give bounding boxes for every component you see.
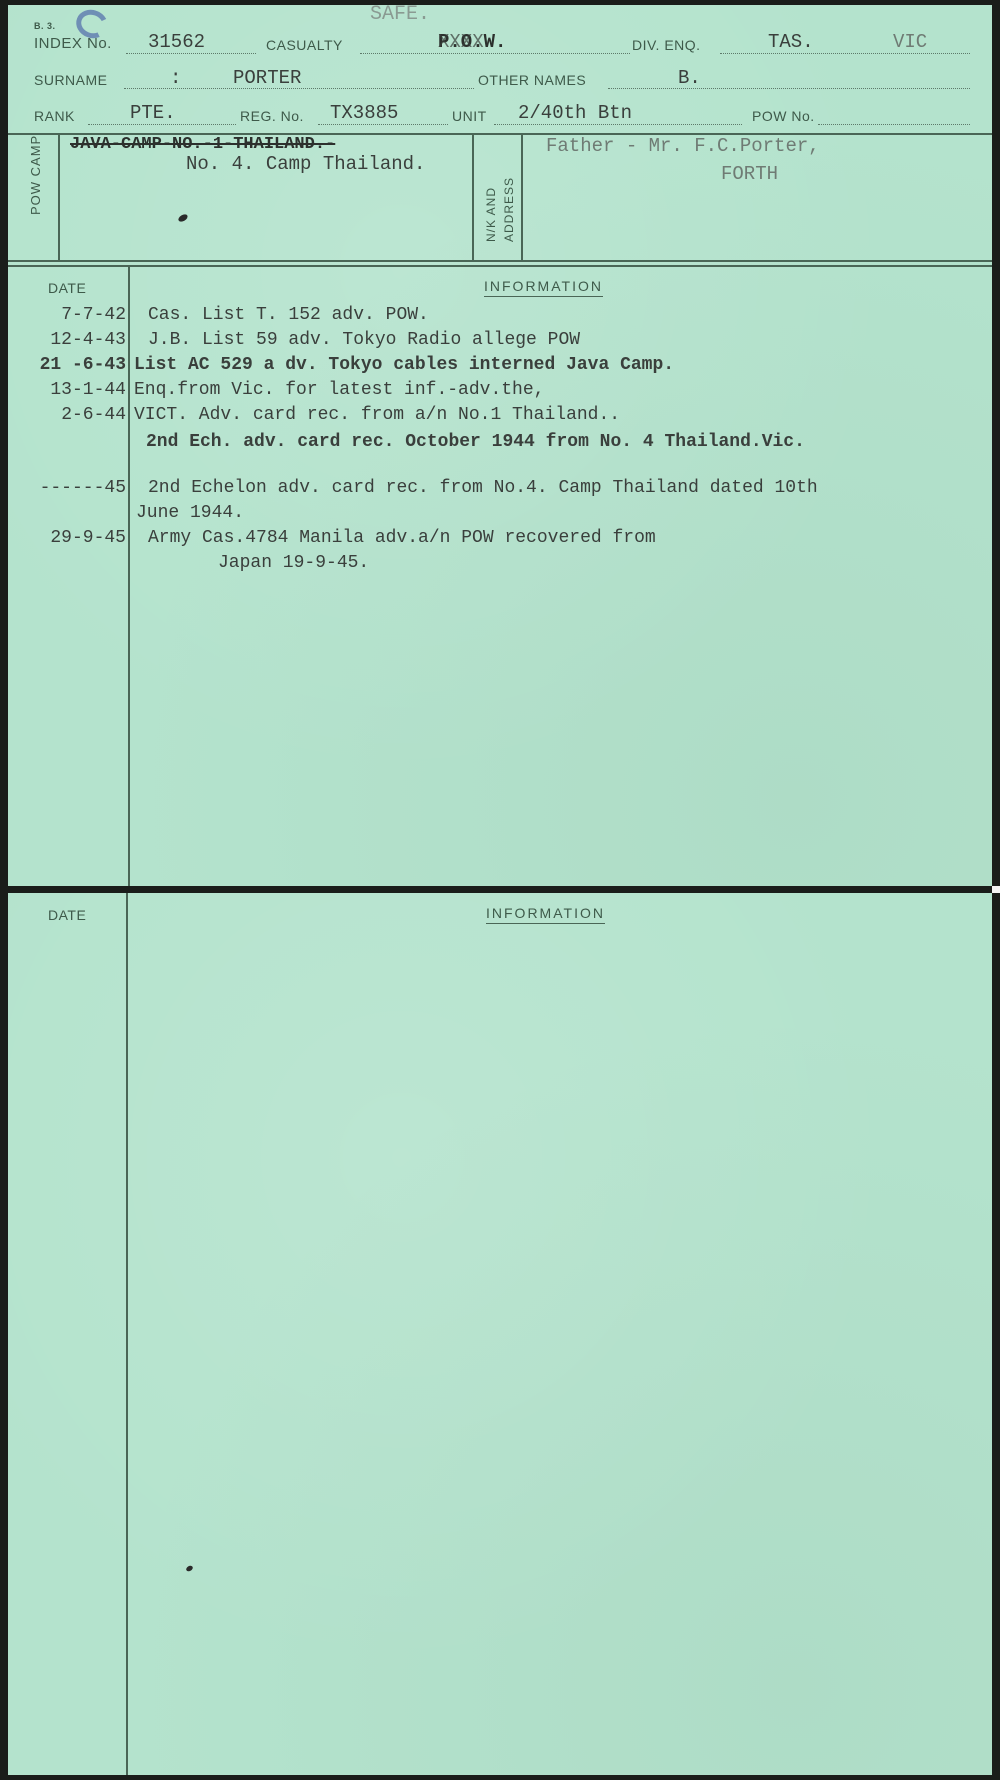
index-card-back: DATE INFORMATION [8,893,992,1775]
ink-speck [185,1565,194,1573]
surname-value: PORTER [233,67,301,89]
reg-no-value: TX3885 [330,102,398,124]
nok-label-line2: ADDRESS [502,177,516,242]
other-names-dots [608,88,970,89]
information-header-back: INFORMATION [486,905,605,924]
row-information: Enq.from Vic. for latest inf.-adv.the, [134,380,544,400]
date-column-divider-back [126,893,128,1775]
index-card-front: B. 3. SAFE. INDEX No. 31562 CASUALTY P.O… [8,5,992,886]
surname-prefix: : [170,67,181,89]
date-column-divider [128,266,130,886]
row-date: 13-1-44 [8,380,126,400]
casualty-dots [360,53,630,54]
box-bottom-rule-2 [8,265,992,267]
row-date: ------45 [8,478,126,498]
unit-dots [494,124,742,125]
casualty-label: CASUALTY [266,37,343,53]
row-information: 2nd Ech. adv. card rec. October 1944 fro… [146,432,805,452]
other-names-label: OTHER NAMES [478,72,586,88]
row-information: 2nd Echelon adv. card rec. from No.4. Ca… [148,478,818,498]
other-names-value: B. [678,67,701,89]
row-information: J.B. List 59 adv. Tokyo Radio allege POW [148,330,580,350]
reg-no-label: REG. No. [240,108,304,124]
row-information: June 1944. [136,503,244,523]
index-no-value: 31562 [148,31,205,53]
index-no-dots [126,53,256,54]
unit-label: UNIT [452,108,487,124]
pow-no-label: POW No. [752,108,815,124]
date-header-back: DATE [48,907,86,923]
scan-edge [992,886,1000,893]
row-date: 21 -6-43 [8,355,126,375]
row-information: Army Cas.4784 Manila adv.a/n POW recover… [148,528,656,548]
nok-right-divider [521,133,523,260]
nok-line2: FORTH [721,163,778,185]
casualty-overtype: XXXX [438,31,484,53]
form-code: B. 3. [34,21,56,31]
pow-camp-label: POW CAMP [28,135,43,215]
row-information: List AC 529 a dv. Tokyo cables interned … [134,355,674,375]
rank-dots [88,124,236,125]
nok-left-divider [472,133,474,260]
pow-camp-struck: JAVA-CAMP-NO.-1-THAILAND.- [70,135,335,154]
nok-label-line1: N/K AND [484,187,498,242]
surname-label: SURNAME [34,72,108,88]
row-information: VICT. Adv. card rec. from a/n No.1 Thail… [134,405,620,425]
div-enq-dots [720,53,970,54]
ink-blot [177,213,189,223]
row-date: 29-9-45 [8,528,126,548]
index-no-label: INDEX No. [34,35,112,52]
row-date: 2-6-44 [8,405,126,425]
div-enq-label: DIV. ENQ. [632,37,701,53]
rank-value: PTE. [130,102,176,124]
reg-no-dots [318,124,448,125]
nok-line1: Father - Mr. F.C.Porter, [546,135,820,157]
row-information: Cas. List T. 152 adv. POW. [148,305,429,325]
information-header: INFORMATION [484,278,603,297]
box-bottom-rule-1 [8,260,992,262]
camp-label-divider [58,133,60,260]
safe-stamp: SAFE. [370,3,430,26]
row-date: 7-7-42 [8,305,126,325]
div-enq-value: TAS. [768,31,814,53]
pow-no-dots [818,124,970,125]
row-date: 12-4-43 [8,330,126,350]
pow-camp-current: No. 4. Camp Thailand. [186,153,425,175]
div-enq-extra: VIC [893,31,927,53]
date-header: DATE [48,280,86,296]
rank-label: RANK [34,108,75,124]
row-information: Japan 19-9-45. [218,553,369,573]
unit-value: 2/40th Btn [518,102,632,124]
